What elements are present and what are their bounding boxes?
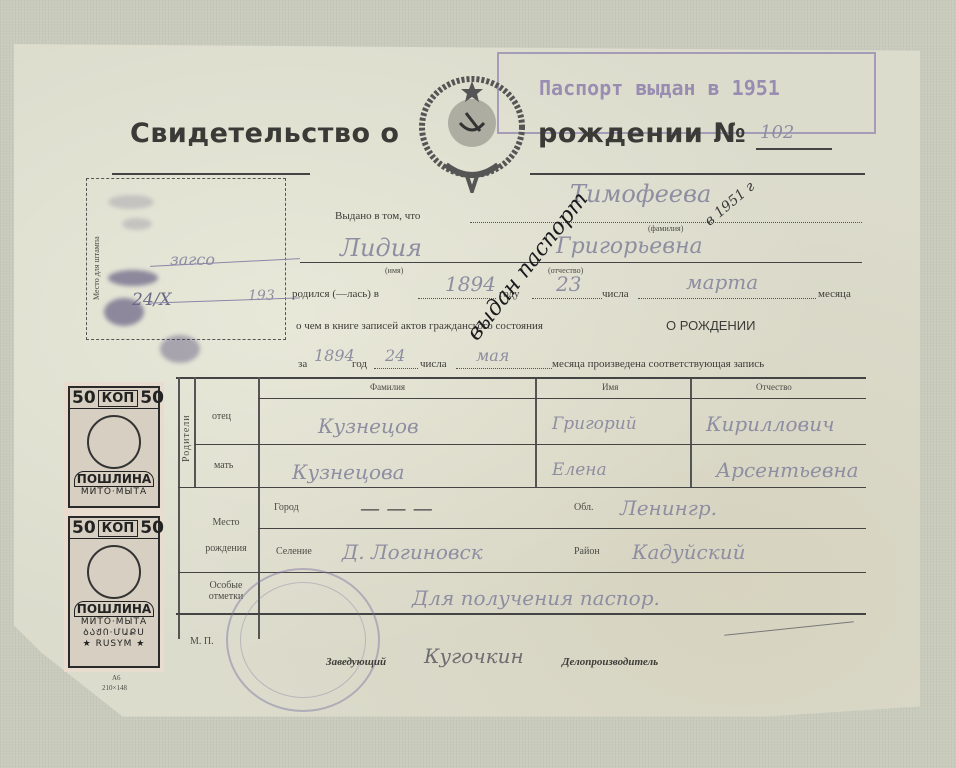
- father-surname: Кузнецов: [318, 414, 419, 438]
- region-value: Ленингр.: [620, 496, 717, 520]
- seal-place-label: М. П.: [190, 636, 214, 647]
- born-year: 1894: [445, 272, 496, 296]
- fee-unit: КОП: [98, 390, 139, 407]
- born-day: 23: [556, 272, 581, 296]
- village-value: Д. Логиновск: [342, 540, 483, 564]
- district-label: Район: [574, 546, 600, 557]
- record-end: месяца произведена соответствующая запис…: [552, 358, 764, 370]
- name-caption: (имя): [385, 266, 403, 275]
- certificate-number: 102: [760, 122, 794, 143]
- born-label: родился (—лась) в: [292, 288, 379, 300]
- record-month: мая: [476, 346, 509, 365]
- parents-label: Родители: [181, 414, 192, 462]
- head-label: Заведующий: [326, 656, 386, 668]
- fee-value: 50: [70, 388, 98, 408]
- fee-sub3-text: RUSYM: [96, 639, 133, 649]
- ussr-coat-of-arms-icon: [87, 415, 141, 469]
- birthplace-label: Место рождения: [198, 510, 254, 562]
- fee-unit: КОП: [98, 520, 139, 537]
- fee-sub3: ★ RUSYM ★: [70, 639, 158, 650]
- seal-handwriting-1: загсо: [170, 250, 215, 269]
- fee-value: 50: [138, 388, 166, 408]
- record-bold: О РОЖДЕНИИ: [666, 318, 756, 333]
- head-signature: Кугочкин: [424, 644, 524, 668]
- father-patronymic: Кириллович: [706, 412, 835, 436]
- father-label: отец: [212, 411, 231, 422]
- fee-stamp-1: 50КОП50 ПОШЛИНА МИТО·МЫТА: [64, 382, 164, 512]
- print-code-2: 210×148: [102, 684, 127, 692]
- village-label: Селение: [276, 546, 312, 557]
- patronymic-value: Григорьевна: [556, 234, 703, 259]
- fee-stamp-2: 50КОП50 ПОШЛИНА МИТО·МЫТА ᲑᲐᲟᲘ·ՄԱՔՍ ★ RU…: [64, 512, 164, 672]
- ussr-coat-of-arms-icon: [416, 75, 528, 193]
- fee-word: ПОШЛИНА: [74, 601, 154, 617]
- record-year: 1894: [314, 346, 355, 365]
- born-month: марта: [686, 270, 758, 294]
- surname-caption: (фамилия): [648, 224, 683, 233]
- fee-sub1: МИТО·МЫТА: [70, 487, 158, 498]
- father-name: Григорий: [552, 414, 637, 434]
- mother-name: Елена: [552, 460, 607, 480]
- fee-value: 50: [138, 518, 166, 538]
- seal-box-label: Место для штампа: [92, 236, 101, 300]
- name-value: Лидия: [340, 234, 422, 262]
- day-label: числа: [602, 288, 629, 300]
- ussr-coat-of-arms-icon: [87, 545, 141, 599]
- mother-surname: Кузнецова: [292, 460, 405, 484]
- record-day: 24: [385, 346, 405, 365]
- clerk-label: Делопроизводитель: [562, 656, 658, 668]
- print-code-1: А6: [112, 674, 121, 682]
- title-right: рождении №: [538, 118, 746, 149]
- district-value: Кадуйский: [632, 540, 745, 564]
- mother-patronymic: Арсентьевна: [716, 458, 859, 482]
- mother-label: мать: [214, 460, 233, 471]
- record-day-label: числа: [420, 358, 447, 370]
- fee-word: ПОШЛИНА: [74, 471, 154, 487]
- region-label: Обл.: [574, 502, 594, 513]
- fee-sub1: МИТО·МЫТА: [70, 617, 158, 628]
- month-label: месяца: [818, 288, 851, 300]
- seal-handwriting-2: 24/X: [132, 290, 171, 310]
- header-name: Имя: [602, 382, 618, 392]
- city-value: — — —: [360, 496, 433, 520]
- header-patronymic: Отчество: [756, 382, 792, 392]
- seal-handwriting-3: 193: [248, 288, 275, 304]
- passport-stamp-text: Паспорт выдан в 1951: [539, 76, 780, 100]
- record-for-label: за: [298, 358, 307, 370]
- round-official-seal: [226, 568, 380, 712]
- issued-label: Выдано в том, что: [335, 210, 420, 222]
- fee-sub2: ᲑᲐᲟᲘ·ՄԱՔՍ: [70, 628, 158, 639]
- fee-value: 50: [70, 518, 98, 538]
- record-text: о чем в книге записей актов гражданского…: [296, 320, 543, 332]
- notes-value: Для получения паспор.: [412, 586, 660, 610]
- title-left: Свидетельство о: [130, 118, 399, 149]
- header-surname: Фамилия: [370, 382, 405, 392]
- record-year-label: год: [352, 358, 367, 370]
- city-label: Город: [274, 502, 299, 513]
